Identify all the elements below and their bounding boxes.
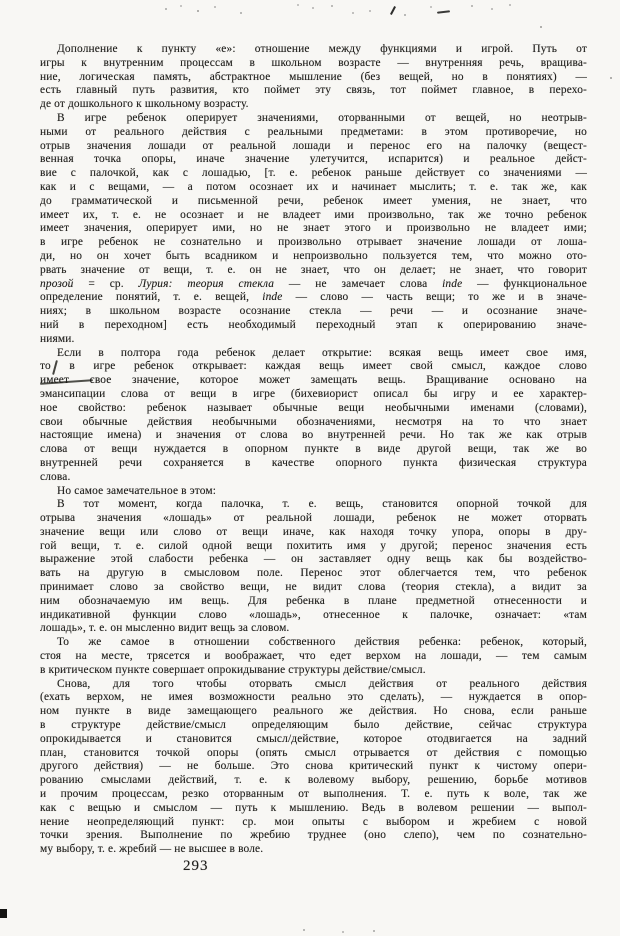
italic-text-segment: inde xyxy=(442,278,462,290)
text-line: есть главный путь развития, кто поймет э… xyxy=(40,84,587,98)
text-line: точки зрения. Выполнение по жребию трудн… xyxy=(40,829,587,843)
paragraph: Но самое замечательное в этом: xyxy=(40,485,587,499)
text-line: индикативной функции слово «лошадь», отн… xyxy=(40,609,587,623)
text-line: принимает слово за свойство вещи, не вид… xyxy=(40,581,587,595)
text-line: де от дошкольного к школьному возрасту. xyxy=(40,98,587,112)
text-line: в структуре действие/смысл определяющим … xyxy=(40,719,587,733)
text-line: рвать значение от вещи, т. е. он не знае… xyxy=(40,264,587,278)
paragraph: В игре ребенок оперирует значениями, ото… xyxy=(40,112,587,347)
paragraph: В тот момент, когда палочка, т. е. вещь,… xyxy=(40,498,587,636)
text-line: то в игре ребенок открывает: каждая вещь… xyxy=(40,360,587,374)
text-line: план, становится точкой опоры (опять смы… xyxy=(40,747,587,761)
text-line: Если в полтора года ребенок делает откры… xyxy=(40,347,587,361)
text-block: Дополнение к пункту «е»: отношение между… xyxy=(40,43,587,857)
text-line: Снова, для того чтобы оторвать смысл дей… xyxy=(40,678,587,692)
text-line: То же самое в отношении собственного дей… xyxy=(40,636,587,650)
scan-speck xyxy=(0,0,2,2)
text-line: (ехать верхом, не имея возможности реаль… xyxy=(40,691,587,705)
italic-text-segment: прозой xyxy=(40,278,74,290)
text-line: му выбору, т. е. жребий — не высшее в во… xyxy=(40,843,587,857)
text-line: гой вещи, т. е. силой одной вещи похитит… xyxy=(40,540,587,554)
text-line: отрыв значения лошади от реальной лошади… xyxy=(40,140,587,154)
text-line: ди, но он хочет быть всадником и непроиз… xyxy=(40,250,587,264)
text-line: свои обычные действия необычными обознач… xyxy=(40,416,587,430)
text-line: ний в переходном] есть необходимый перех… xyxy=(40,319,587,333)
text-line: вие с палочкой, как с лошадью, [т. е. ре… xyxy=(40,167,587,181)
text-line: внутренней речи сохраняется в качестве о… xyxy=(40,457,587,471)
text-line: до грамматической и письменной речи, реб… xyxy=(40,195,587,209)
text-line: ными от реального действия с реальными п… xyxy=(40,126,587,140)
text-line: и прочим процессам, резко оторванным от … xyxy=(40,788,587,802)
text-line: в игре ребенок не сознательно и произвол… xyxy=(40,236,587,250)
text-line: определение понятий, т. е. вещей, inde —… xyxy=(40,291,587,305)
text-line: прозой = ср. Лурия: теория стекла — не з… xyxy=(40,278,587,292)
paragraph: То же самое в отношении собственного дей… xyxy=(40,636,587,677)
italic-text-segment: Лурия: теория стекла xyxy=(139,278,275,290)
scan-corner-mark xyxy=(0,909,7,918)
text-segment: — не замечает слова xyxy=(274,278,442,290)
text-line: В игре ребенок оперирует значениями, ото… xyxy=(40,112,587,126)
text-line: Но самое замечательное в этом: xyxy=(40,485,587,499)
text-line: слова. xyxy=(40,471,587,485)
page-number: 293 xyxy=(183,858,209,875)
text-line: стоя на месте, трясется и воображает, чт… xyxy=(40,650,587,664)
text-line: Дополнение к пункту «е»: отношение между… xyxy=(40,43,587,57)
text-segment: = ср. xyxy=(74,278,139,290)
scanned-book-page: Дополнение к пункту «е»: отношение между… xyxy=(0,0,620,936)
text-line: отрыва значения «лошадь» от реальной лош… xyxy=(40,512,587,526)
text-line: венная точка опоры, иначе значение улету… xyxy=(40,153,587,167)
text-line: имеет их, т. е. не осознает и не владеет… xyxy=(40,209,587,223)
paragraph: Если в полтора года ребенок делает откры… xyxy=(40,347,587,485)
text-line: слова от вещи нуждается в опорном пункте… xyxy=(40,443,587,457)
text-line: лошадь», т. е. он мысленно видит вещь за… xyxy=(40,622,587,636)
text-line: ное свойство: ребенок называет обычные в… xyxy=(40,402,587,416)
scan-dash-mark xyxy=(437,10,450,13)
text-line: ном пункте в виде замещающего реального … xyxy=(40,705,587,719)
italic-text-segment: inde xyxy=(262,291,282,303)
text-line: опрокидывается и становится смысл/действ… xyxy=(40,733,587,747)
scan-check-mark xyxy=(390,6,396,15)
text-line: ним обозначаемую им вещь. Для ребенка в … xyxy=(40,595,587,609)
text-line: вать на другую в смысловом поле. Перенос… xyxy=(40,567,587,581)
text-line: нение неопределяющий пункт: ср. мои опыт… xyxy=(40,816,587,830)
text-line: имеет свое значение, которое может замещ… xyxy=(40,374,587,388)
text-segment: — слово — часть вещи; то же и в значе- xyxy=(282,291,587,303)
text-line: ние, логическая память, абстрактное мышл… xyxy=(40,71,587,85)
text-line: как и с вещами, — а потом осознает их и … xyxy=(40,181,587,195)
text-line: в критическом пункте совершает опрокидыв… xyxy=(40,664,587,678)
text-line: выражение этой слабости ребенка — он зас… xyxy=(40,553,587,567)
text-line: значение вещи или слово от вещи иначе, к… xyxy=(40,526,587,540)
text-line: другого действия) — не больше. Это снова… xyxy=(40,760,587,774)
paragraph: Снова, для того чтобы оторвать смысл дей… xyxy=(40,678,587,857)
text-line: рованию смыслами действий, т. е. к волев… xyxy=(40,774,587,788)
text-line: эмансипации слова от вещи в игре (бихеви… xyxy=(40,388,587,402)
text-line: имеет значения, оперирует ими, но не зна… xyxy=(40,222,587,236)
text-segment: — функциональное xyxy=(462,278,587,290)
text-segment: определение понятий, т. е. вещей, xyxy=(40,291,262,303)
text-line: игры к внутренним процессам в школьном в… xyxy=(40,57,587,71)
paragraph: Дополнение к пункту «е»: отношение между… xyxy=(40,43,587,112)
text-line: ниями. xyxy=(40,333,587,347)
text-line: В тот момент, когда палочка, т. е. вещь,… xyxy=(40,498,587,512)
text-line: как с вещью и смыслом — путь к мышлению.… xyxy=(40,802,587,816)
text-line: ниях; в школьном возрасте осознание стек… xyxy=(40,305,587,319)
text-line: настоящие имена) и значения от слова во … xyxy=(40,429,587,443)
